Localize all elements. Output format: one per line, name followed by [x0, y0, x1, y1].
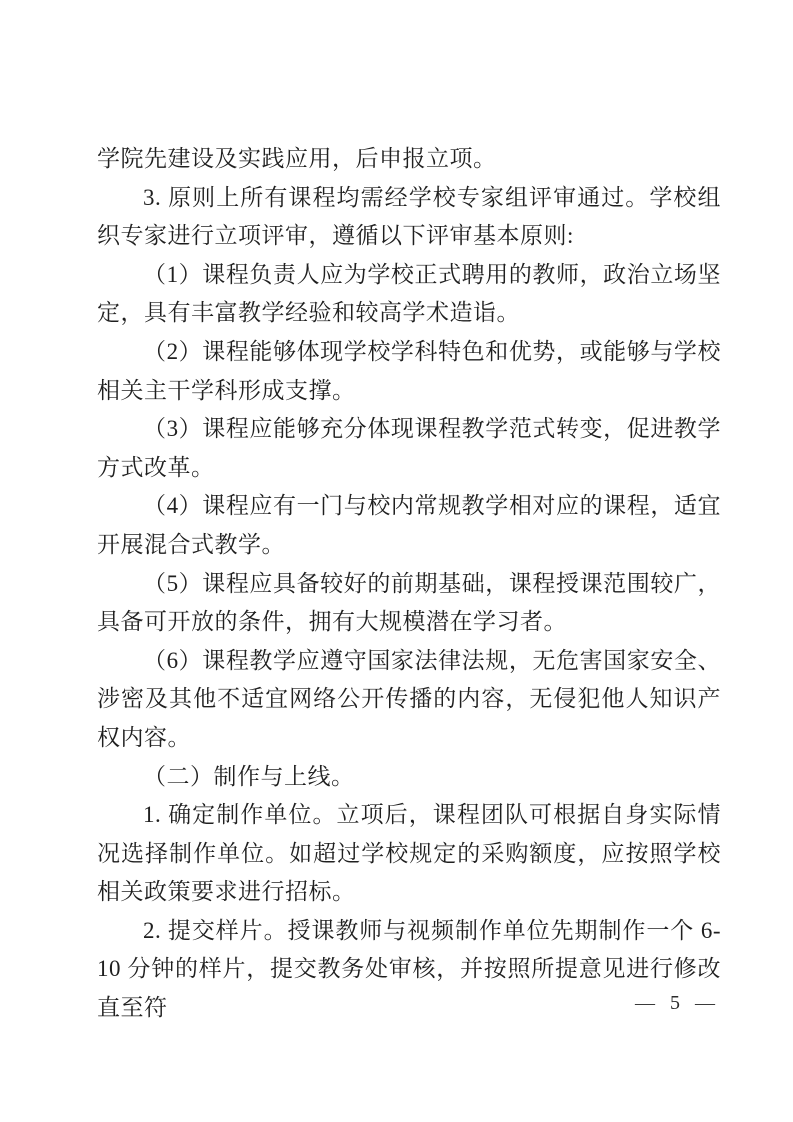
para-step-1-production-unit: 1. 确定制作单位。立项后，课程团队可根据自身实际情况选择制作单位。如超过学校规…: [97, 796, 721, 912]
para-principle-3: 3. 原则上所有课程均需经学校专家组评审通过。学校组织专家进行立项评审，遵循以下…: [97, 179, 721, 256]
para-criterion-2: （2）课程能够体现学校学科特色和优势，或能够与学校相关主干学科形成支撑。: [97, 333, 721, 410]
para-criterion-4: （4）课程应有一门与校内常规教学相对应的课程，适宜开展混合式教学。: [97, 487, 721, 564]
document-body: 学院先建设及实践应用，后申报立项。 3. 原则上所有课程均需经学校专家组评审通过…: [97, 140, 721, 1028]
para-criterion-1: （1）课程负责人应为学校正式聘用的教师，政治立场坚定，具有丰富教学经验和较高学术…: [97, 256, 721, 333]
para-continuation-from-prev-page: 学院先建设及实践应用，后申报立项。: [97, 140, 721, 179]
page-number: — 5 —: [0, 992, 715, 1015]
document-page: 学院先建设及实践应用，后申报立项。 3. 原则上所有课程均需经学校专家组评审通过…: [0, 0, 793, 1122]
para-criterion-5: （5）课程应具备较好的前期基础，课程授课范围较广，具备可开放的条件，拥有大规模潜…: [97, 565, 721, 642]
para-criterion-6: （6）课程教学应遵守国家法律法规，无危害国家安全、涉密及其他不适宜网络公开传播的…: [97, 642, 721, 758]
para-section-heading-production: （二）制作与上线。: [97, 758, 721, 797]
page-number-dash-left: —: [635, 992, 655, 1015]
page-number-dash-right: —: [695, 992, 715, 1015]
page-number-value: 5: [670, 992, 680, 1015]
para-criterion-3: （3）课程应能够充分体现课程教学范式转变，促进教学方式改革。: [97, 410, 721, 487]
